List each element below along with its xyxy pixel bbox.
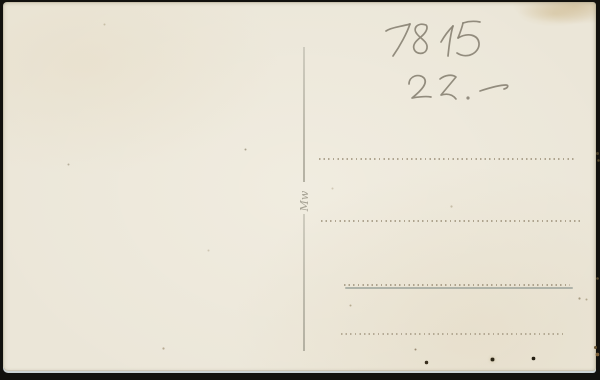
handwritten-annotations bbox=[0, 0, 600, 380]
postcard-photo: Mw bbox=[0, 0, 600, 380]
handwritten-number-7815 bbox=[386, 21, 480, 56]
handwritten-price-22 bbox=[409, 75, 508, 99]
